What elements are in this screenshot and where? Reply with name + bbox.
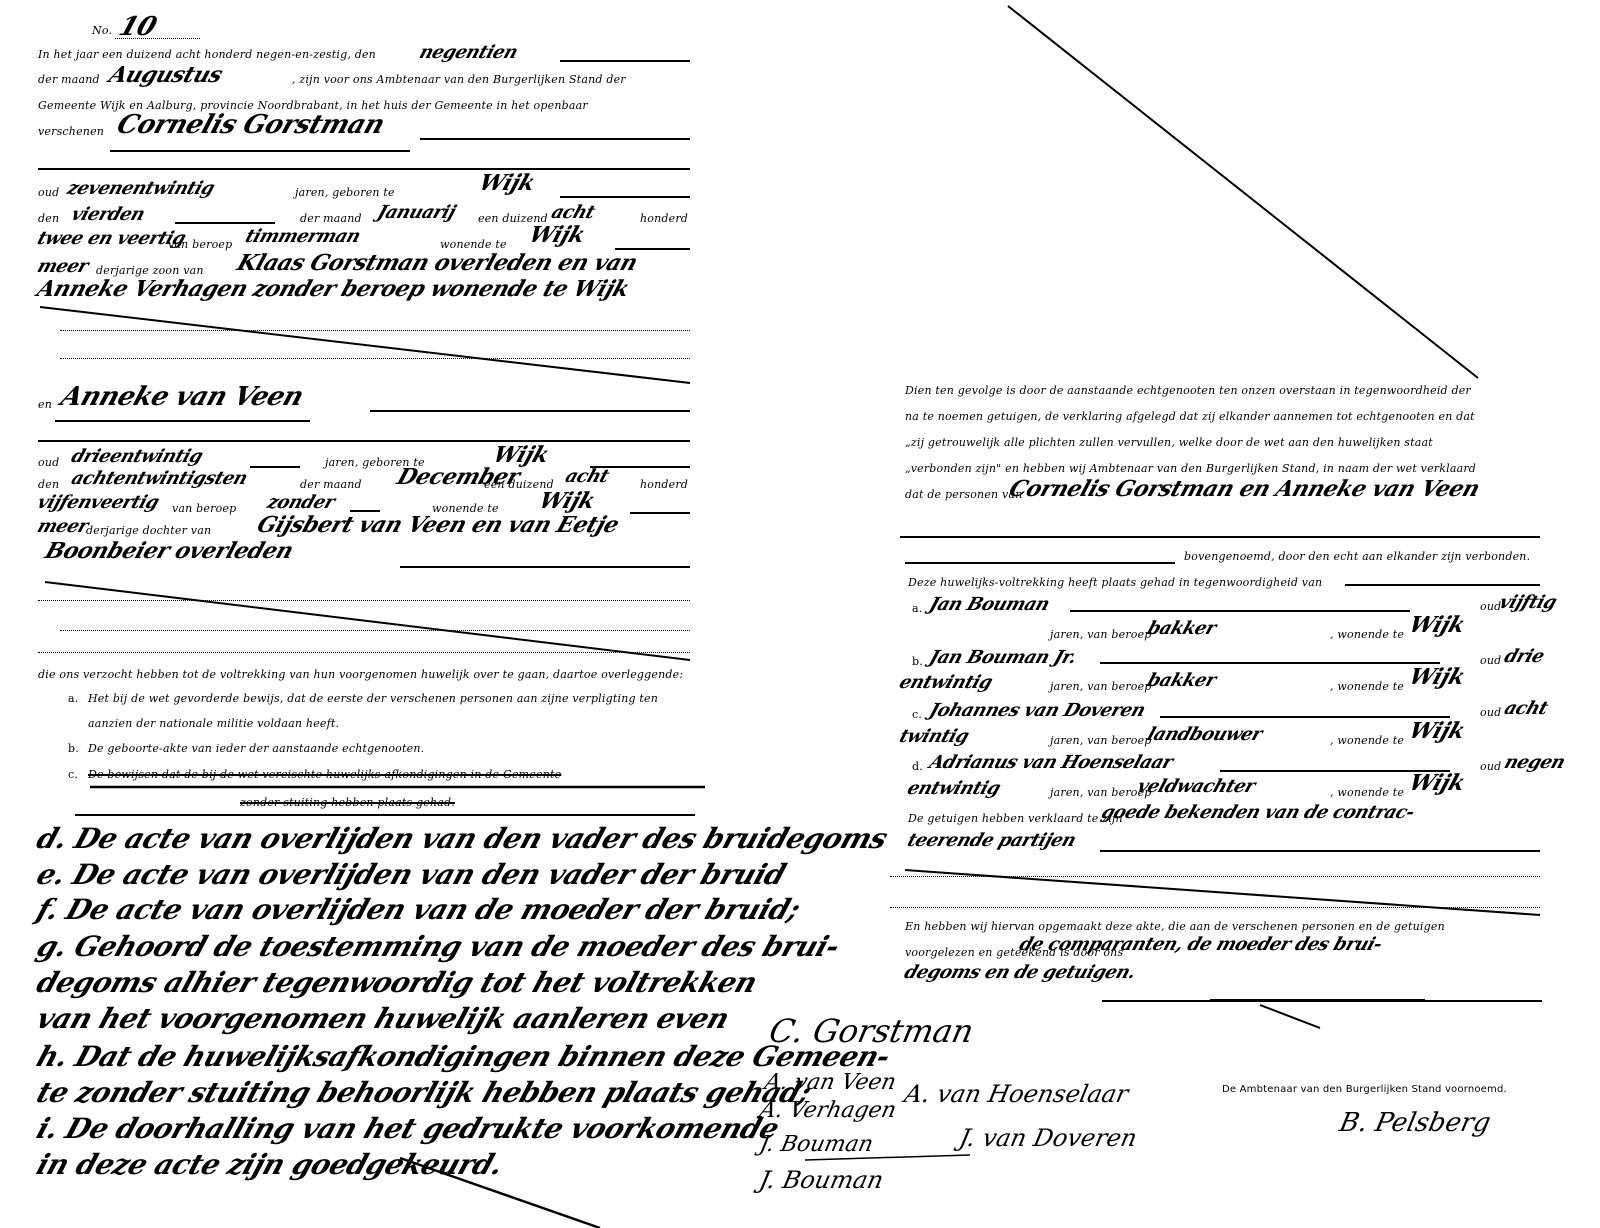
number-label: No.	[92, 24, 112, 37]
closing-hw-2: degoms en de getuigen.	[902, 962, 1139, 983]
declaration-line-5: dat de personen van	[905, 488, 1022, 501]
declaration-line-2: na te noemen getuigen, de verklaring afg…	[905, 410, 1475, 423]
doc-e: e. De acte van overlijden van den vader …	[33, 858, 790, 891]
doc-i-cont: in deze acte zijn goedgekeurd.	[33, 1148, 507, 1181]
fill-rule	[400, 566, 690, 568]
groom-jaren-label: jaren, geboren te	[295, 186, 395, 199]
closing-line-1: En hebben wij hiervan opgemaakt deze akt…	[905, 920, 1445, 933]
witness-name: Jan Bouman	[927, 594, 1052, 615]
doc-d: d. De acte van overlijden van den vader …	[33, 822, 892, 855]
declaration-line-1: Dien ten gevolge is door de aanstaande e…	[905, 384, 1471, 397]
witness-occupation: bakker	[1145, 618, 1219, 639]
bride-der-maand-label: der maand	[300, 478, 362, 491]
witness-occupation: landbouwer	[1145, 724, 1265, 745]
bride-birth-year: vijfenveertig	[35, 492, 162, 513]
fill-rule	[1100, 850, 1540, 852]
fill-rule	[905, 562, 1175, 564]
witness-name: Jan Bouman Jr.	[927, 647, 1079, 668]
closing-hw-1: de comparanten, de moeder des brui-	[1017, 934, 1385, 955]
declaration-line-3: „zij getrouwelijk alle plichten zullen v…	[905, 436, 1433, 449]
fill-rule	[370, 410, 690, 412]
official-caption: De Ambtenaar van den Burgerlijken Stand …	[1222, 1084, 1507, 1095]
bride-age: drieentwintig	[69, 446, 206, 467]
doc-a-text-1: Het bij de wet gevorderde bewijs, dat de…	[88, 692, 658, 705]
fill-rule	[630, 512, 690, 514]
witnesses-declared-label: De getuigen hebben verklaard te zijn	[908, 812, 1123, 825]
witness-residence: Wijk	[1406, 770, 1468, 796]
doc-h: h. Dat de huwelijksafkondigingen binnen …	[33, 1040, 895, 1073]
doc-c-text-2-struck: zonder stuiting hebben plaats gehad.	[240, 796, 455, 809]
doc-g-cont-1: degoms alhier tegenwoordig tot het voltr…	[33, 966, 762, 999]
doc-b-text: De geboorte-akte van ieder der aanstaand…	[88, 742, 424, 755]
witness-age: acht	[1502, 698, 1551, 719]
witness-wonende-label: , wonende te	[1330, 680, 1404, 693]
doc-g-cont-2: van het voorgenomen huwelijk aanleren ev…	[33, 1002, 734, 1035]
doc-c-label: c.	[68, 768, 78, 781]
witness-age: negen	[1502, 752, 1568, 773]
intro-line-1: In het jaar een duizend acht honderd neg…	[38, 48, 376, 61]
groom-residence: Wijk	[526, 222, 588, 248]
groom-honderd-label: honderd	[640, 212, 688, 225]
witness-wonende-label: , wonende te	[1330, 786, 1404, 799]
declaration-line-6: bovengenoemd, door den echt aan elkander…	[1184, 550, 1530, 563]
fill-rule	[560, 196, 690, 198]
groom-century: acht	[549, 202, 598, 223]
bride-century: acht	[563, 466, 612, 487]
witness-wonende-label: , wonende te	[1330, 628, 1404, 641]
groom-oud-label: oud	[38, 186, 59, 199]
groom-age: zevenentwintig	[65, 178, 218, 199]
doc-a-text-2: aanzien der nationale militie voldaan he…	[88, 717, 339, 730]
dotted-rule	[60, 358, 690, 359]
doc-f: f. De acte van overlijden van de moeder …	[33, 893, 805, 926]
fill-rule	[560, 60, 690, 62]
bride-status: meer	[35, 516, 91, 537]
witness-age: vijftig	[1497, 592, 1560, 613]
dotted-rule	[38, 600, 690, 601]
bride-occupation: zonder	[265, 492, 338, 513]
witness-oud-label: oud	[1480, 654, 1501, 667]
groom-parents-line-2: Anneke Verhagen zonder beroep wonende te…	[34, 276, 633, 302]
bride-name: Anneke van Veen	[57, 382, 307, 412]
fill-rule	[1160, 716, 1450, 718]
witness-jaren-label: jaren, van beroep	[1050, 628, 1152, 641]
witness-jaren-label: jaren, van beroep	[1050, 680, 1152, 693]
doc-c-text-struck: De bewijsen dat de bij de wet vereischte…	[88, 768, 561, 781]
bride-den-label: den	[38, 478, 59, 491]
doc-h-cont: te zonder stuiting behoorlijk hebben pla…	[33, 1076, 815, 1109]
doc-b-label: b.	[68, 742, 79, 755]
intro-line-2b: , zijn voor ons Ambtenaar van den Burger…	[292, 73, 626, 86]
doc-a-label: a.	[68, 692, 78, 705]
intro-line-2a: der maand	[38, 73, 100, 86]
witnesses-intro: Deze huwelijks-voltrekking heeft plaats …	[908, 576, 1322, 589]
witness-residence: Wijk	[1406, 718, 1468, 744]
signature-witness-1: J. Bouman	[757, 1132, 875, 1157]
dotted-rule	[890, 876, 1540, 877]
groom-birthplace: Wijk	[476, 170, 538, 196]
witness-age-cont: twintig	[897, 726, 972, 747]
groom-der-maand-label: der maand	[300, 212, 362, 225]
witness-name: Adrianus van Hoenselaar	[927, 752, 1176, 773]
witness-oud-label: oud	[1480, 760, 1501, 773]
fill-rule	[250, 466, 300, 468]
signature-official: B. Pelsberg	[1337, 1108, 1493, 1138]
bride-parents-line-2: Boonbeier overleden	[42, 538, 297, 564]
witness-age-cont: entwintig	[905, 778, 1003, 799]
documents-intro: die ons verzocht hebben tot de voltrekki…	[38, 668, 683, 681]
bride-en-label: en	[38, 398, 52, 411]
groom-status: meer	[35, 256, 91, 277]
witness-letter: a.	[912, 602, 922, 615]
signature-bride: A. van Veen	[762, 1070, 898, 1095]
groom-birth-year: twee en veertig	[35, 228, 189, 249]
declaration-line-4: „verbonden zijn" en hebben wij Ambtenaar…	[905, 462, 1476, 475]
witness-occupation: veldwachter	[1135, 776, 1258, 797]
witness-letter: d.	[912, 760, 923, 773]
witness-jaren-label: jaren, van beroep	[1050, 734, 1152, 747]
couple-names: Cornelis Gorstman en Anneke van Veen	[1006, 476, 1483, 502]
groom-name: Cornelis Gorstman	[113, 110, 388, 140]
groom-parents-line-1: Klaas Gorstman overleden en van	[234, 250, 641, 276]
bride-birth-day: achtentwintigsten	[69, 468, 250, 489]
bride-beroep-label: van beroep	[172, 502, 236, 515]
signature-mother: A. Verhagen	[757, 1098, 898, 1123]
dotted-rule	[890, 907, 1540, 908]
dotted-rule	[38, 652, 690, 653]
marriage-month: Augustus	[106, 62, 226, 88]
bride-honderd-label: honderd	[640, 478, 688, 491]
marriage-day: negentien	[417, 42, 521, 63]
fill-rule	[175, 222, 275, 224]
witness-name: Johannes van Doveren	[927, 700, 1148, 721]
signature-witness-4: J. van Doveren	[957, 1124, 1140, 1152]
groom-birth-month: Januarij	[375, 202, 459, 223]
groom-beroep-label: van beroep	[168, 238, 232, 251]
bride-parents-line-1: Gijsbert van Veen en van Eetje	[254, 512, 622, 538]
groom-birth-day: vierden	[69, 204, 148, 225]
bride-daughter-label: derjarige dochter van	[86, 524, 211, 537]
doc-i: i. De doorhalling van het gedrukte voork…	[33, 1112, 783, 1145]
witnesses-declared-2: teerende partijen	[905, 830, 1079, 851]
signature-groom: C. Gorstman	[766, 1012, 977, 1050]
witness-letter: b.	[912, 655, 923, 668]
fill-rule	[1100, 662, 1440, 664]
witnesses-declared-1: goede bekenden van de contrac-	[1099, 802, 1417, 823]
intro-line-4: verschenen	[38, 125, 104, 138]
fill-rule	[1070, 610, 1410, 612]
name-underline	[55, 420, 310, 422]
fill-rule	[1345, 584, 1540, 586]
witness-wonende-label: , wonende te	[1330, 734, 1404, 747]
fill-rule	[38, 168, 690, 170]
dotted-rule	[60, 630, 690, 631]
groom-den-label: den	[38, 212, 59, 225]
groom-occupation: timmerman	[243, 226, 363, 247]
fill-rule	[420, 138, 690, 140]
witness-age: drie	[1502, 646, 1547, 667]
witness-letter: c.	[912, 708, 922, 721]
bride-residence: Wijk	[536, 488, 598, 514]
fill-rule	[38, 440, 690, 442]
signature-witness-2: J. Bouman	[757, 1166, 886, 1194]
doc-g: g. Gehoord de toestemming van de moeder …	[33, 930, 844, 963]
name-underline	[110, 150, 410, 152]
witness-oud-label: oud	[1480, 706, 1501, 719]
dotted-rule	[115, 38, 200, 39]
witness-residence: Wijk	[1406, 664, 1468, 690]
fill-rule	[900, 536, 1540, 538]
witness-residence: Wijk	[1406, 612, 1468, 638]
witness-age-cont: entwintig	[897, 672, 995, 693]
witness-occupation: bakker	[1145, 670, 1219, 691]
fill-rule	[1102, 1000, 1542, 1002]
dotted-rule	[60, 330, 690, 331]
signature-witness-3: A. van Hoenselaar	[902, 1080, 1131, 1108]
bride-oud-label: oud	[38, 456, 59, 469]
